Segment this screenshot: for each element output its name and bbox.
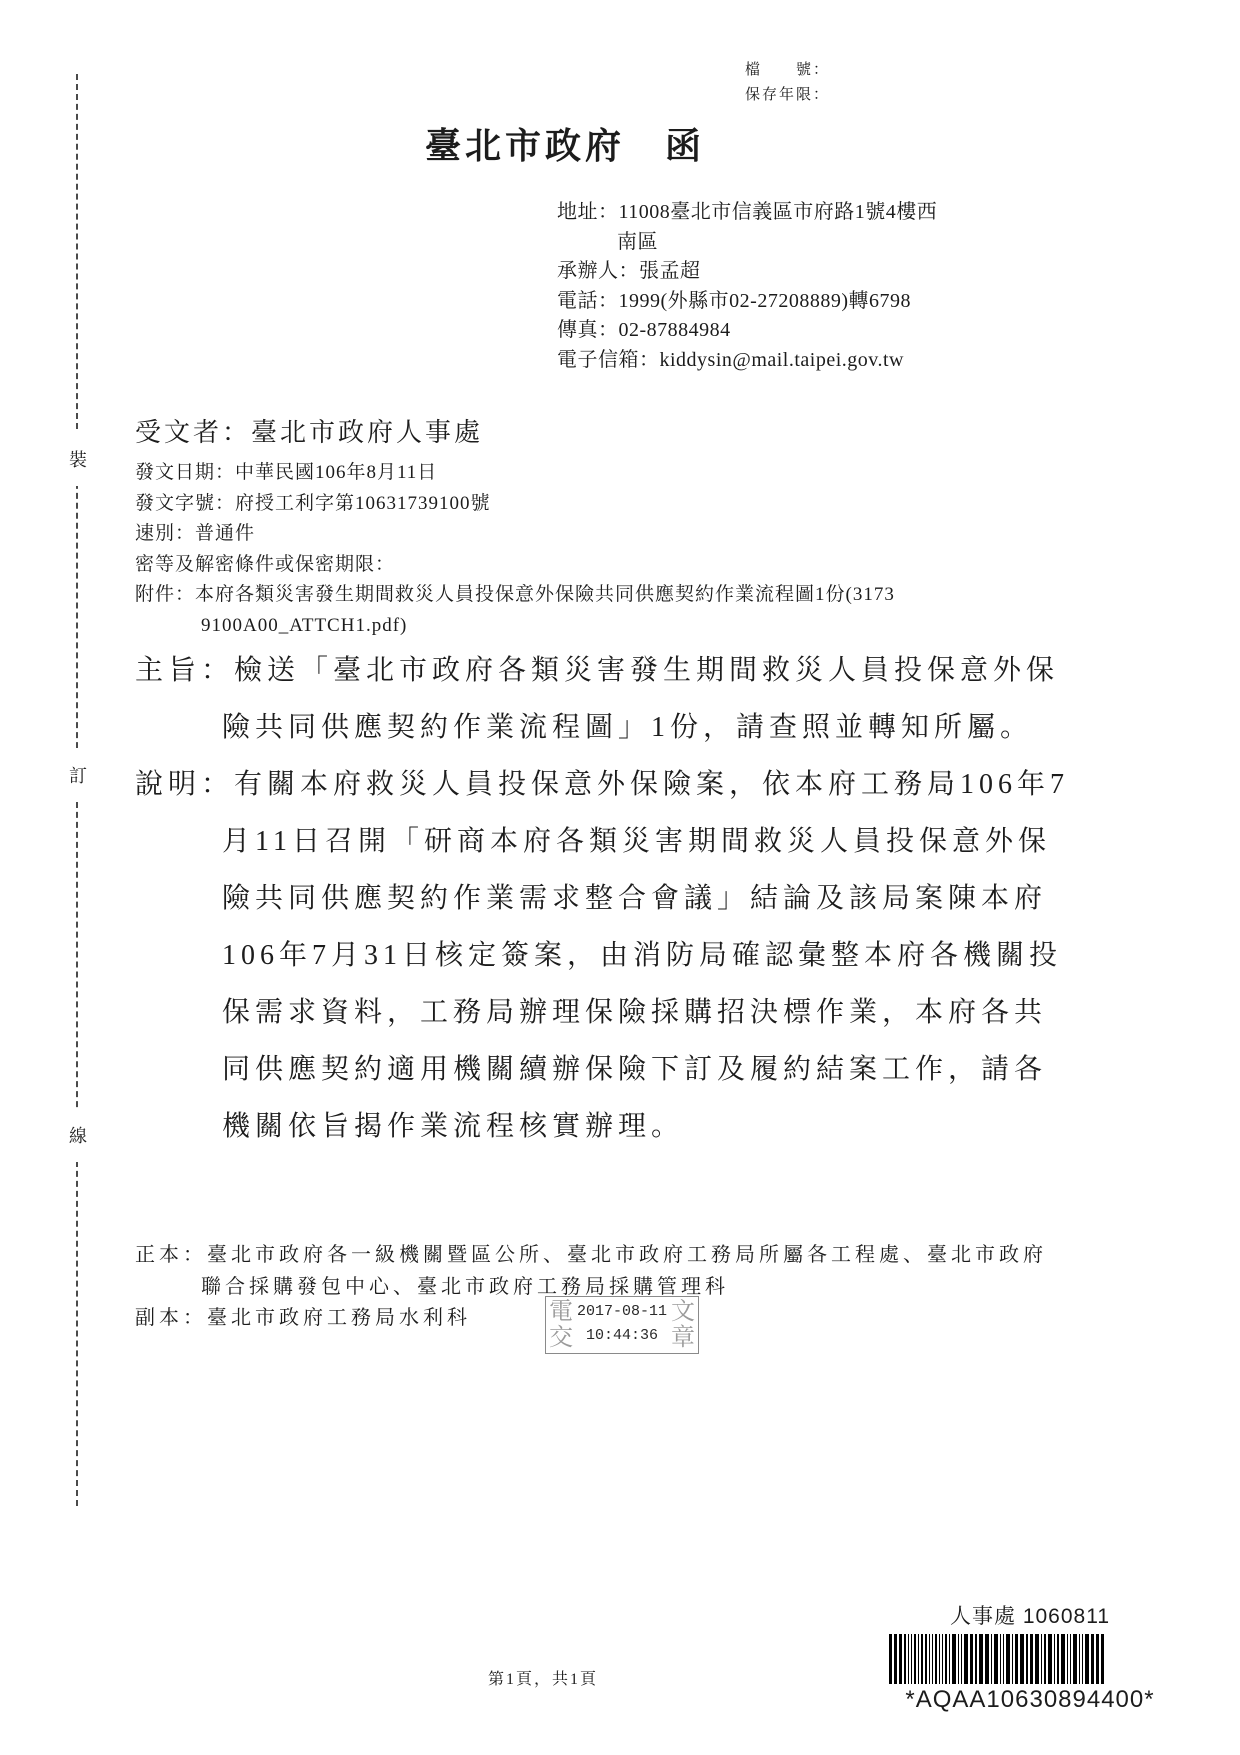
sender-contact-person: 承辦人：張孟超 bbox=[557, 257, 937, 287]
subject-line-1: 檢送「臺北市政府各類災害發生期間救災人員投保意外保 bbox=[234, 655, 1059, 686]
page-number-footer: 第1頁，共1頁 bbox=[488, 1666, 598, 1689]
binding-mark-zhuang: 裝 bbox=[64, 432, 92, 486]
file-number-label: 檔 號： bbox=[745, 58, 830, 83]
official-letter-page: 裝 訂 線 檔 號： 保存年限： 臺北市政府 函 地址：11008臺北市信義區市… bbox=[0, 0, 1240, 1755]
barcode bbox=[889, 1634, 1171, 1684]
document-meta-block: 發文日期：中華民國106年8月11日 發文字號：府授工利字第1063173910… bbox=[135, 458, 895, 641]
explanation-line-1: 有關本府救災人員投保意外保險案，依本府工務局106年7 bbox=[234, 769, 1069, 800]
sender-address-line2: 南區 bbox=[617, 228, 937, 258]
explanation-label: 說明： bbox=[135, 769, 234, 800]
explanation-line-5: 保需求資料，工務局辦理保險採購招決標作業，本府各共 bbox=[222, 984, 1069, 1041]
binding-mark-xian: 線 bbox=[64, 1108, 92, 1162]
sender-address-line1: 地址：11008臺北市信義區市府路1號4樓西 bbox=[557, 198, 937, 228]
issue-date-line: 發文日期：中華民國106年8月11日 bbox=[135, 458, 895, 489]
binding-mark-ding: 訂 bbox=[64, 748, 92, 802]
sender-fax: 傳真：02-87884984 bbox=[557, 316, 937, 346]
subject-label: 主旨： bbox=[135, 655, 234, 686]
explanation-line-2: 月11日召開「研商本府各類災害期間救災人員投保意外保 bbox=[222, 813, 1069, 870]
sender-phone: 電話：1999(外縣市02-27208889)轉6798 bbox=[557, 287, 937, 317]
explanation-line-6: 同供應契約適用機關續辦保險下訂及履約結案工作，請各 bbox=[222, 1041, 1069, 1098]
stamp-date: 2017-08-11 bbox=[546, 1303, 698, 1320]
sender-contact-block: 地址：11008臺北市信義區市府路1號4樓西 南區 承辦人：張孟超 電話：199… bbox=[557, 198, 937, 375]
barcode-text: *AQAA10630894400* bbox=[880, 1686, 1180, 1714]
barcode-block: 人事處 1060811 *AQAA10630894400* bbox=[880, 1600, 1180, 1714]
retention-period-label: 保存年限： bbox=[745, 83, 830, 108]
attachment-line-1: 附件：本府各類災害發生期間救災人員投保意外保險共同供應契約作業流程圖1份(317… bbox=[135, 580, 895, 611]
sender-email: 電子信箱：kiddysin@mail.taipei.gov.tw bbox=[557, 346, 937, 376]
security-line: 密等及解密條件或保密期限： bbox=[135, 550, 895, 581]
explanation-line-3: 險共同供應契約作業需求整合會議」結論及該局案陳本府 bbox=[222, 870, 1069, 927]
department-code: 人事處 1060811 bbox=[880, 1600, 1180, 1630]
document-title: 臺北市政府 函 bbox=[0, 118, 1130, 169]
doc-number-line: 發文字號：府授工利字第10631739100號 bbox=[135, 489, 895, 520]
attachment-line-2: 9100A00_ATTCH1.pdf) bbox=[201, 611, 895, 642]
explanation-section: 說明：有關本府救災人員投保意外保險案，依本府工務局106年7 月11日召開「研商… bbox=[135, 756, 1069, 1155]
stamp-time: 10:44:36 bbox=[546, 1327, 698, 1344]
subject-section: 主旨：檢送「臺北市政府各類災害發生期間救災人員投保意外保 險共同供應契約作業流程… bbox=[135, 642, 1059, 756]
recipient-line: 受文者：臺北市政府人事處 bbox=[135, 412, 483, 449]
original-copy-line-1: 正本：臺北市政府各一級機關暨區公所、臺北市政府工務局所屬各工程處、臺北市政府 bbox=[135, 1240, 1047, 1272]
explanation-line-4: 106年7月31日核定簽案，由消防局確認彙整本府各機關投 bbox=[222, 927, 1069, 984]
explanation-line-7: 機關依旨揭作業流程核實辦理。 bbox=[222, 1098, 1069, 1155]
priority-line: 速別：普通件 bbox=[135, 519, 895, 550]
archive-label-block: 檔 號： 保存年限： bbox=[745, 58, 830, 108]
subject-line-2: 險共同供應契約作業流程圖」1份，請查照並轉知所屬。 bbox=[222, 699, 1059, 756]
electronic-exchange-stamp: 電 文 交 章 2017-08-11 10:44:36 bbox=[545, 1296, 699, 1354]
